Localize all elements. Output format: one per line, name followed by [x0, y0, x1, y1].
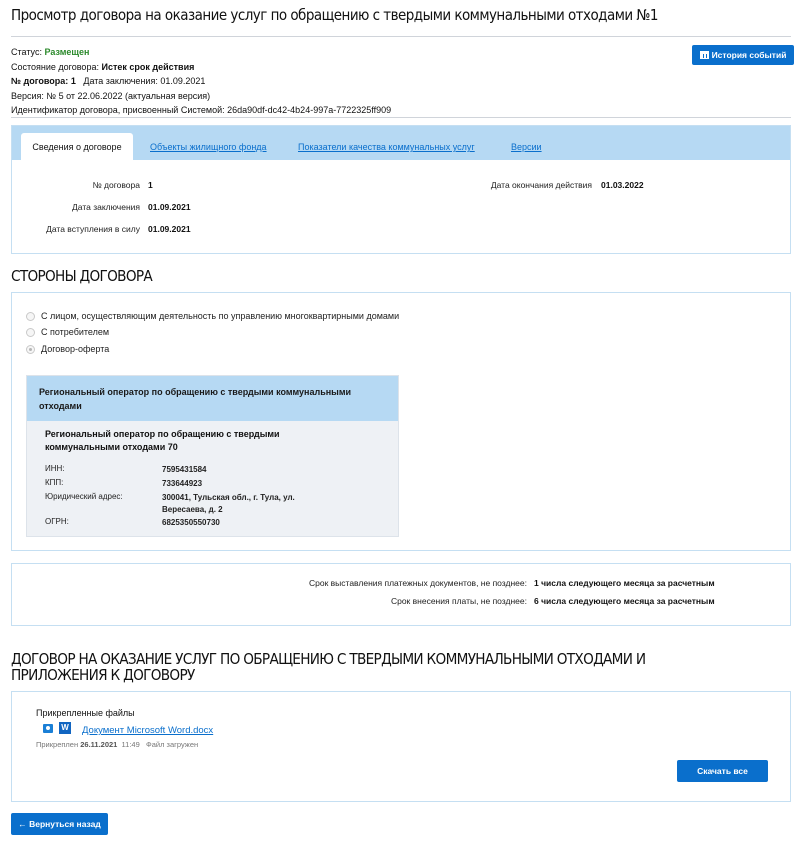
number-value: 1	[71, 76, 76, 86]
radio-label: С лицом, осуществляющим деятельность по …	[41, 311, 399, 321]
file-meta: Прикреплен 26.11.2021 11:49 Файл загруже…	[36, 740, 198, 749]
row-label: ИНН:	[45, 464, 155, 473]
row-value: 300041, Тульская обл., г. Тула, ул. Вере…	[162, 492, 312, 516]
row-label: Срок внесения платы, не позднее:	[391, 596, 527, 606]
contract-meta: Статус: Размещен Состояние договора: Ист…	[11, 45, 391, 118]
number-line: № договора: 1 Дата заключения: 01.09.202…	[11, 74, 391, 89]
status-badge: Размещен	[44, 47, 89, 57]
field-value: 01.03.2022	[601, 180, 644, 190]
field-label: Дата вступления в силу	[12, 224, 140, 234]
party-card-header: Региональный оператор по обращению с тве…	[27, 376, 398, 421]
radio-label: С потребителем	[41, 327, 109, 337]
attached-date: 26.11.2021	[80, 740, 117, 749]
field-label: № договора	[12, 180, 140, 190]
row-value: 733644923	[162, 478, 352, 490]
radio-circle[interactable]	[26, 312, 35, 321]
calendar-icon	[700, 51, 709, 59]
attachments-heading-line1: ДОГОВОР НА ОКАЗАНИЕ УСЛУГ ПО ОБРАЩЕНИЮ С…	[11, 651, 645, 667]
attached-time: 11:49	[122, 740, 140, 749]
file-status: Файл загружен	[146, 740, 198, 749]
field-label: Дата окончания действия	[462, 180, 592, 190]
row-value: 7595431584	[162, 464, 352, 476]
parties-heading: СТОРОНЫ ДОГОВОРА	[11, 268, 152, 284]
row-label: ОГРН:	[45, 517, 155, 526]
id-value: 26da90df-dc42-4b24-997a-7722325ff909	[227, 105, 391, 115]
date-value: 01.09.2021	[160, 76, 205, 86]
state-line: Состояние договора: Истек срок действия	[11, 60, 391, 75]
file-link[interactable]: Документ Microsoft Word.docx	[82, 725, 213, 736]
divider	[11, 117, 791, 118]
divider	[11, 36, 791, 37]
history-button-label: История событий	[712, 50, 787, 60]
status-label: Статус:	[11, 47, 42, 57]
row-value: 1 числа следующего месяца за расчетным	[534, 578, 715, 588]
radio-offer[interactable]: Договор-оферта	[26, 344, 109, 354]
state-value: Истек срок действия	[101, 62, 194, 72]
party-card: Региональный оператор по обращению с тве…	[26, 375, 399, 537]
number-label: № договора:	[11, 76, 68, 86]
state-label: Состояние договора:	[11, 62, 99, 72]
radio-circle-selected[interactable]	[26, 345, 35, 354]
radio-circle[interactable]	[26, 328, 35, 337]
attachments-heading-line2: ПРИЛОЖЕНИЯ К ДОГОВОРУ	[11, 667, 645, 683]
field-value: 01.09.2021	[148, 224, 191, 234]
row-label: КПП:	[45, 478, 155, 487]
tab-contract-info[interactable]: Сведения о договоре	[21, 133, 133, 160]
word-file-icon: W	[59, 722, 71, 734]
row-label: Юридический адрес:	[45, 492, 155, 501]
payment-panel: Срок выставления платежных документов, н…	[11, 563, 791, 626]
attached-label: Прикреплен	[36, 740, 78, 749]
history-button[interactable]: История событий	[692, 45, 794, 65]
attachments-heading: ДОГОВОР НА ОКАЗАНИЕ УСЛУГ ПО ОБРАЩЕНИЮ С…	[11, 651, 645, 683]
field-value: 01.09.2021	[148, 202, 191, 212]
row-value: 6 числа следующего месяца за расчетным	[534, 596, 715, 606]
file-icons: W	[43, 722, 71, 734]
parties-panel: С лицом, осуществляющим деятельность по …	[11, 292, 791, 551]
row-label: Срок выставления платежных документов, н…	[309, 578, 527, 588]
details-panel: Сведения о договоре Объекты жилищного фо…	[11, 125, 791, 254]
party-name: Региональный оператор по обращению с тве…	[45, 428, 325, 454]
status-line: Статус: Размещен	[11, 45, 391, 60]
tab-versions[interactable]: Версии	[511, 133, 542, 160]
radio-label: Договор-оферта	[41, 344, 109, 354]
field-label: Дата заключения	[12, 202, 140, 212]
tab-quality-indicators[interactable]: Показатели качества коммунальных услуг	[298, 133, 475, 160]
version-line: Версия: № 5 от 22.06.2022 (актуальная ве…	[11, 89, 391, 104]
tab-bar: Сведения о договоре Объекты жилищного фо…	[12, 126, 790, 160]
back-button[interactable]: ← Вернуться назад	[11, 813, 108, 835]
field-value: 1	[148, 180, 153, 190]
download-all-button[interactable]: Скачать все	[677, 760, 768, 782]
signature-icon[interactable]	[43, 724, 53, 733]
page-title: Просмотр договора на оказание услуг по о…	[11, 6, 658, 24]
tab-housing-objects[interactable]: Объекты жилищного фонда	[150, 133, 267, 160]
files-label: Прикрепленные файлы	[36, 708, 135, 718]
date-label: Дата заключения:	[83, 76, 157, 86]
attachments-panel: Прикрепленные файлы W Документ Microsoft…	[11, 691, 791, 802]
id-label: Идентификатор договора, присвоенный Сист…	[11, 105, 225, 115]
radio-consumer[interactable]: С потребителем	[26, 327, 109, 337]
id-line: Идентификатор договора, присвоенный Сист…	[11, 103, 391, 118]
radio-management-org[interactable]: С лицом, осуществляющим деятельность по …	[26, 311, 399, 321]
row-value: 6825350550730	[162, 517, 352, 529]
